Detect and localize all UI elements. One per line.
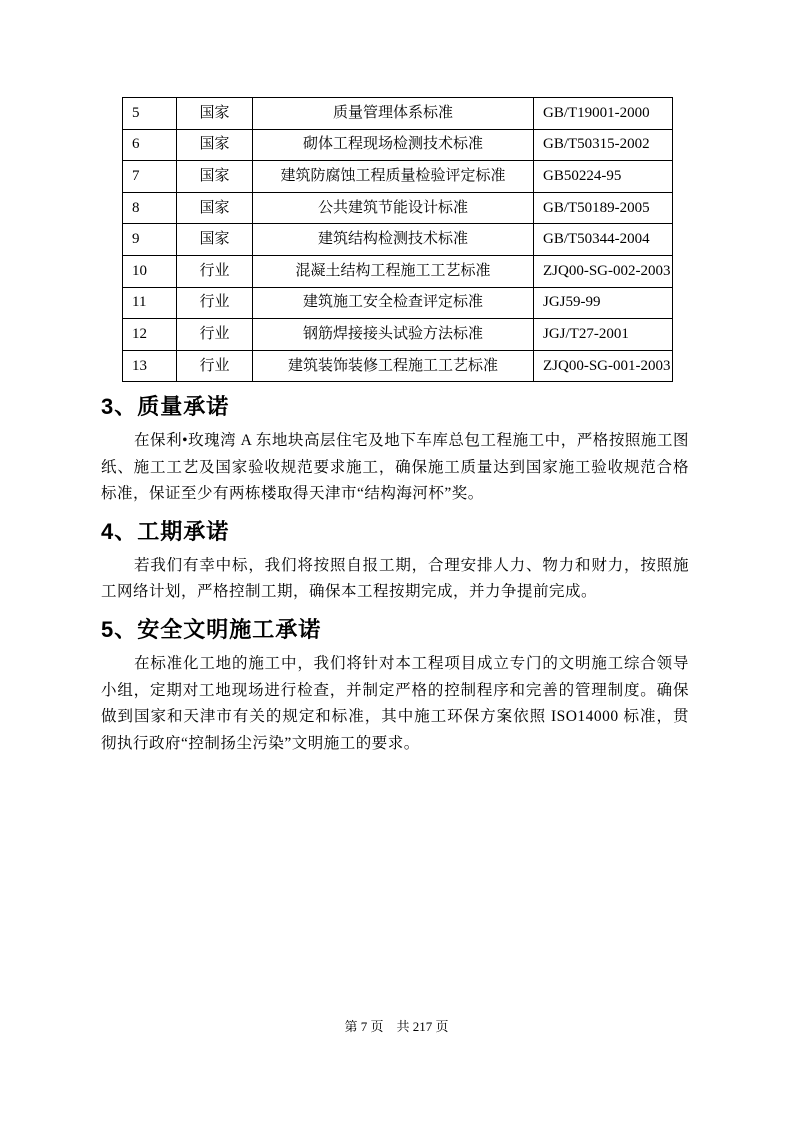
table-row: 11 行业 建筑施工安全检查评定标准 JGJ59-99 (123, 287, 673, 319)
section-safety-commitment: 5、安全文明施工承诺 在标准化工地的施工中，我们将针对本工程项目成立专门的文明施… (101, 615, 689, 757)
standard-name: 建筑施工安全检查评定标准 (253, 287, 534, 319)
row-number: 12 (123, 319, 177, 351)
standard-name: 混凝土结构工程施工工艺标准 (253, 255, 534, 287)
standard-name: 砌体工程现场检测技术标准 (253, 129, 534, 161)
table-row: 5 国家 质量管理体系标准 GB/T19001-2000 (123, 98, 673, 130)
row-number: 11 (123, 287, 177, 319)
row-number: 6 (123, 129, 177, 161)
standard-category: 国家 (177, 98, 253, 130)
row-number: 8 (123, 192, 177, 224)
standard-category: 国家 (177, 161, 253, 193)
standard-category: 国家 (177, 192, 253, 224)
standard-code: GB/T19001-2000 (534, 98, 673, 130)
standard-category: 行业 (177, 287, 253, 319)
section-body-schedule: 若我们有幸中标，我们将按照自报工期，合理安排人力、物力和财力，按照施工网络计划，… (101, 553, 689, 606)
table-row: 10 行业 混凝土结构工程施工工艺标准 ZJQ00-SG-002-2003 (123, 255, 673, 287)
standard-category: 行业 (177, 319, 253, 351)
section-body-quality: 在保利•玫瑰湾 A 东地块高层住宅及地下车库总包工程施工中，严格按照施工图纸、施… (101, 428, 689, 508)
standard-code: GB/T50189-2005 (534, 192, 673, 224)
standard-code: GB50224-95 (534, 161, 673, 193)
standard-code: GB/T50344-2004 (534, 224, 673, 256)
standard-code: ZJQ00-SG-001-2003 (534, 350, 673, 382)
standard-code: JGJ/T27-2001 (534, 319, 673, 351)
section-body-safety: 在标准化工地的施工中，我们将针对本工程项目成立专门的文明施工综合领导小组，定期对… (101, 651, 689, 757)
table-row: 6 国家 砌体工程现场检测技术标准 GB/T50315-2002 (123, 129, 673, 161)
row-number: 10 (123, 255, 177, 287)
document-sections: 3、质量承诺 在保利•玫瑰湾 A 东地块高层住宅及地下车库总包工程施工中，严格按… (101, 388, 689, 766)
standard-code: ZJQ00-SG-002-2003 (534, 255, 673, 287)
standards-table: 5 国家 质量管理体系标准 GB/T19001-2000 6 国家 砌体工程现场… (122, 97, 673, 382)
section-heading-quality: 3、质量承诺 (101, 392, 689, 421)
standard-category: 国家 (177, 129, 253, 161)
standard-category: 行业 (177, 350, 253, 382)
table-row: 13 行业 建筑装饰装修工程施工工艺标准 ZJQ00-SG-001-2003 (123, 350, 673, 382)
standard-name: 建筑装饰装修工程施工工艺标准 (253, 350, 534, 382)
standard-name: 钢筋焊接接头试验方法标准 (253, 319, 534, 351)
standard-name: 公共建筑节能设计标准 (253, 192, 534, 224)
section-schedule-commitment: 4、工期承诺 若我们有幸中标，我们将按照自报工期，合理安排人力、物力和财力，按照… (101, 517, 689, 606)
row-number: 9 (123, 224, 177, 256)
page-footer: 第 7 页 共 217 页 (0, 1016, 793, 1035)
table-row: 9 国家 建筑结构检测技术标准 GB/T50344-2004 (123, 224, 673, 256)
standard-category: 国家 (177, 224, 253, 256)
standards-table-body: 5 国家 质量管理体系标准 GB/T19001-2000 6 国家 砌体工程现场… (123, 98, 673, 382)
row-number: 7 (123, 161, 177, 193)
standard-code: GB/T50315-2002 (534, 129, 673, 161)
section-quality-commitment: 3、质量承诺 在保利•玫瑰湾 A 东地块高层住宅及地下车库总包工程施工中，严格按… (101, 392, 689, 508)
row-number: 5 (123, 98, 177, 130)
standard-name: 建筑防腐蚀工程质量检验评定标准 (253, 161, 534, 193)
standard-name: 建筑结构检测技术标准 (253, 224, 534, 256)
table-row: 8 国家 公共建筑节能设计标准 GB/T50189-2005 (123, 192, 673, 224)
standard-code: JGJ59-99 (534, 287, 673, 319)
row-number: 13 (123, 350, 177, 382)
section-heading-safety: 5、安全文明施工承诺 (101, 615, 689, 644)
table-row: 12 行业 钢筋焊接接头试验方法标准 JGJ/T27-2001 (123, 319, 673, 351)
standard-name: 质量管理体系标准 (253, 98, 534, 130)
standard-category: 行业 (177, 255, 253, 287)
table-row: 7 国家 建筑防腐蚀工程质量检验评定标准 GB50224-95 (123, 161, 673, 193)
section-heading-schedule: 4、工期承诺 (101, 517, 689, 546)
document-page: 5 国家 质量管理体系标准 GB/T19001-2000 6 国家 砌体工程现场… (0, 0, 793, 1122)
